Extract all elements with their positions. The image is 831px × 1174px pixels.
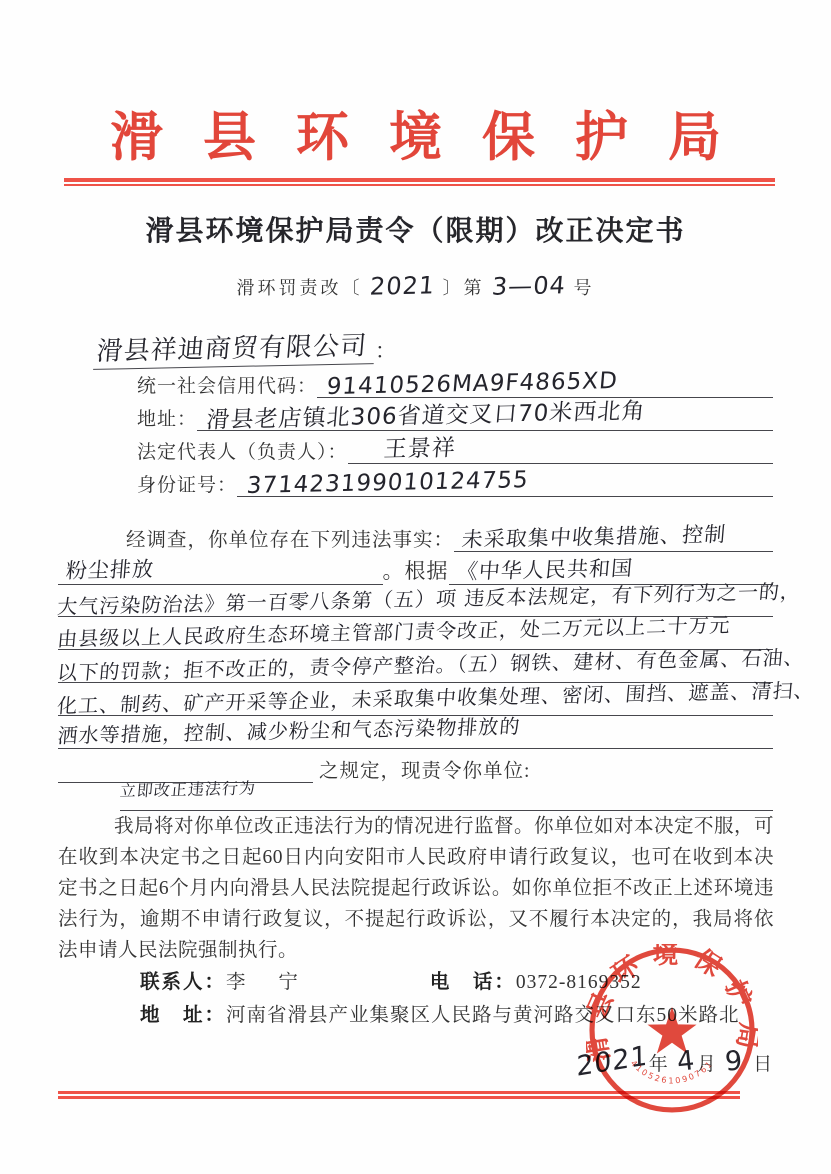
company-line: 滑县祥迪商贸有限公司 ：: [95, 328, 515, 367]
credit-code-label: 统一社会信用代码：: [137, 371, 317, 398]
facts-intro-text: 经调查，你单位存在下列违法事实：: [58, 524, 454, 552]
id-number-line: 身份证号： 371423199010124755: [137, 463, 773, 497]
doc-number-prefix: 滑环罚责改〔: [237, 278, 363, 298]
doc-number-mid: 〕第: [443, 278, 485, 298]
credit-code-line: 统一社会信用代码： 91410526MA9F4865XD: [137, 364, 773, 398]
contact-label: 联系人：: [140, 972, 226, 993]
legal-rep-line: 法定代表人（负责人）： 王景祥: [137, 430, 773, 464]
legal-rep-value: 王景祥: [348, 430, 773, 464]
doc-number-year-handwritten: 2021: [369, 271, 437, 300]
company-address-line: 地址： 滑县老店镇北306省道交叉口70米西北角: [137, 397, 773, 431]
company-address-value: 滑县老店镇北306省道交叉口70米西北角: [197, 397, 773, 431]
facts-handwritten-1: 未采取集中收集措施、控制: [454, 523, 773, 552]
document-title: 滑县环境保护局责令（限期）改正决定书: [0, 209, 831, 249]
basis-connector: 。根据: [383, 557, 449, 585]
facts-handwritten-2: 粉尘排放: [58, 556, 383, 585]
phone-label: 电 话：: [430, 972, 516, 993]
legal-rep-label: 法定代表人（负责人）：: [137, 437, 348, 464]
document-page: 滑县环境保护局 滑县环境保护局责令（限期）改正决定书 滑环罚责改〔 2021 〕…: [0, 0, 831, 1174]
doc-number-suffix: 号: [573, 278, 594, 298]
seal-code: 4105261090761: [629, 1058, 715, 1085]
seal-star-icon: [647, 1007, 696, 1054]
doc-number-serial-handwritten: 3—04: [491, 271, 567, 301]
company-colon: ：: [375, 335, 396, 367]
company-address-label: 地址：: [137, 404, 197, 431]
svg-text:滑县环境保护局: 滑县环境保护局: [586, 944, 758, 1064]
seal-text: 滑县环境保护局: [586, 944, 758, 1064]
svg-text:4105261090761: 4105261090761: [629, 1058, 715, 1085]
header-rule-thin: [64, 184, 775, 186]
official-seal: 滑县环境保护局 4105261090761: [586, 944, 758, 1116]
facts-intro-line: 经调查，你单位存在下列违法事实： 未采取集中收集措施、控制: [58, 518, 773, 552]
basis-line-5: 洒水等措施，控制、减少粉尘和气态污染物排放的: [58, 716, 773, 749]
basis-line-4: 化工、制药、矿产开采等企业，未采取集中收集处理、密闭、围挡、遮盖、清扫、: [58, 683, 773, 716]
supervision-paragraph: 我局将对你单位改正违法行为的情况进行监督。你单位如对本决定不服，可在收到本决定书…: [58, 811, 774, 966]
doc-number-line: 滑环罚责改〔 2021 〕第 3—04 号: [0, 272, 831, 300]
contact-name: 李 宁: [226, 972, 312, 993]
id-number-label: 身份证号：: [137, 470, 237, 497]
order-line: 立即改正违法行为: [120, 777, 773, 811]
office-address-label: 地 址：: [140, 1005, 226, 1026]
header-rule: [64, 178, 775, 186]
order-handwritten: 立即改正违法行为: [119, 776, 257, 802]
id-number-value: 371423199010124755: [237, 470, 773, 497]
bureau-name: 滑县环境保护局: [0, 95, 831, 171]
